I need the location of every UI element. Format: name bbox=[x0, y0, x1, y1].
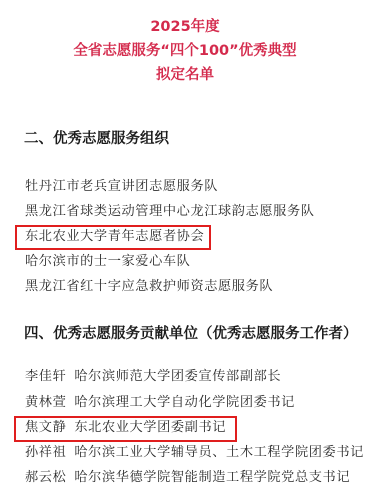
list-item: 郝云松哈尔滨华德学院智能制造工程学院党总支书记 bbox=[25, 469, 350, 487]
list-item: 黄林萱哈尔滨理工大学自动化学院团委书记 bbox=[25, 394, 295, 412]
list-item: 李佳轩哈尔滨师范大学团委宣传部副部长 bbox=[25, 368, 281, 386]
title-subtitle: 拟定名单 bbox=[0, 65, 370, 85]
person-name: 郝云松 bbox=[25, 469, 66, 487]
person-name: 孙祥祖 bbox=[25, 444, 66, 462]
list-item: 牡丹江市老兵宣讲团志愿服务队 bbox=[25, 178, 218, 196]
person-name: 黄林萱 bbox=[25, 394, 66, 412]
person-title: 哈尔滨理工大学自动化学院团委书记 bbox=[74, 395, 295, 410]
person-title: 哈尔滨华德学院智能制造工程学院党总支书记 bbox=[74, 470, 350, 485]
person-title: 哈尔滨师范大学团委宣传部副部长 bbox=[74, 369, 281, 384]
list-item: 哈尔滨市的士一家爱心车队 bbox=[25, 253, 190, 271]
title-main: 全省志愿服务“四个100”优秀典型 bbox=[0, 41, 370, 61]
list-item: 孙祥祖哈尔滨工业大学辅导员、土木工程学院团委书记 bbox=[25, 444, 364, 462]
person-name: 李佳轩 bbox=[25, 368, 66, 386]
title-year: 2025年度 bbox=[0, 17, 370, 37]
list-item: 黑龙江省红十字应急救护师资志愿服务队 bbox=[25, 278, 273, 296]
section-heading-organizations: 二、优秀志愿服务组织 bbox=[24, 129, 169, 149]
list-item: 黑龙江省球类运动管理中心龙江球韵志愿服务队 bbox=[25, 203, 315, 221]
highlight-box bbox=[15, 225, 211, 250]
person-title: 哈尔滨工业大学辅导员、土木工程学院团委书记 bbox=[74, 445, 364, 460]
section-heading-workers: 四、优秀志愿服务贡献单位（优秀志愿服务工作者） bbox=[24, 324, 358, 344]
highlight-box bbox=[14, 416, 237, 442]
